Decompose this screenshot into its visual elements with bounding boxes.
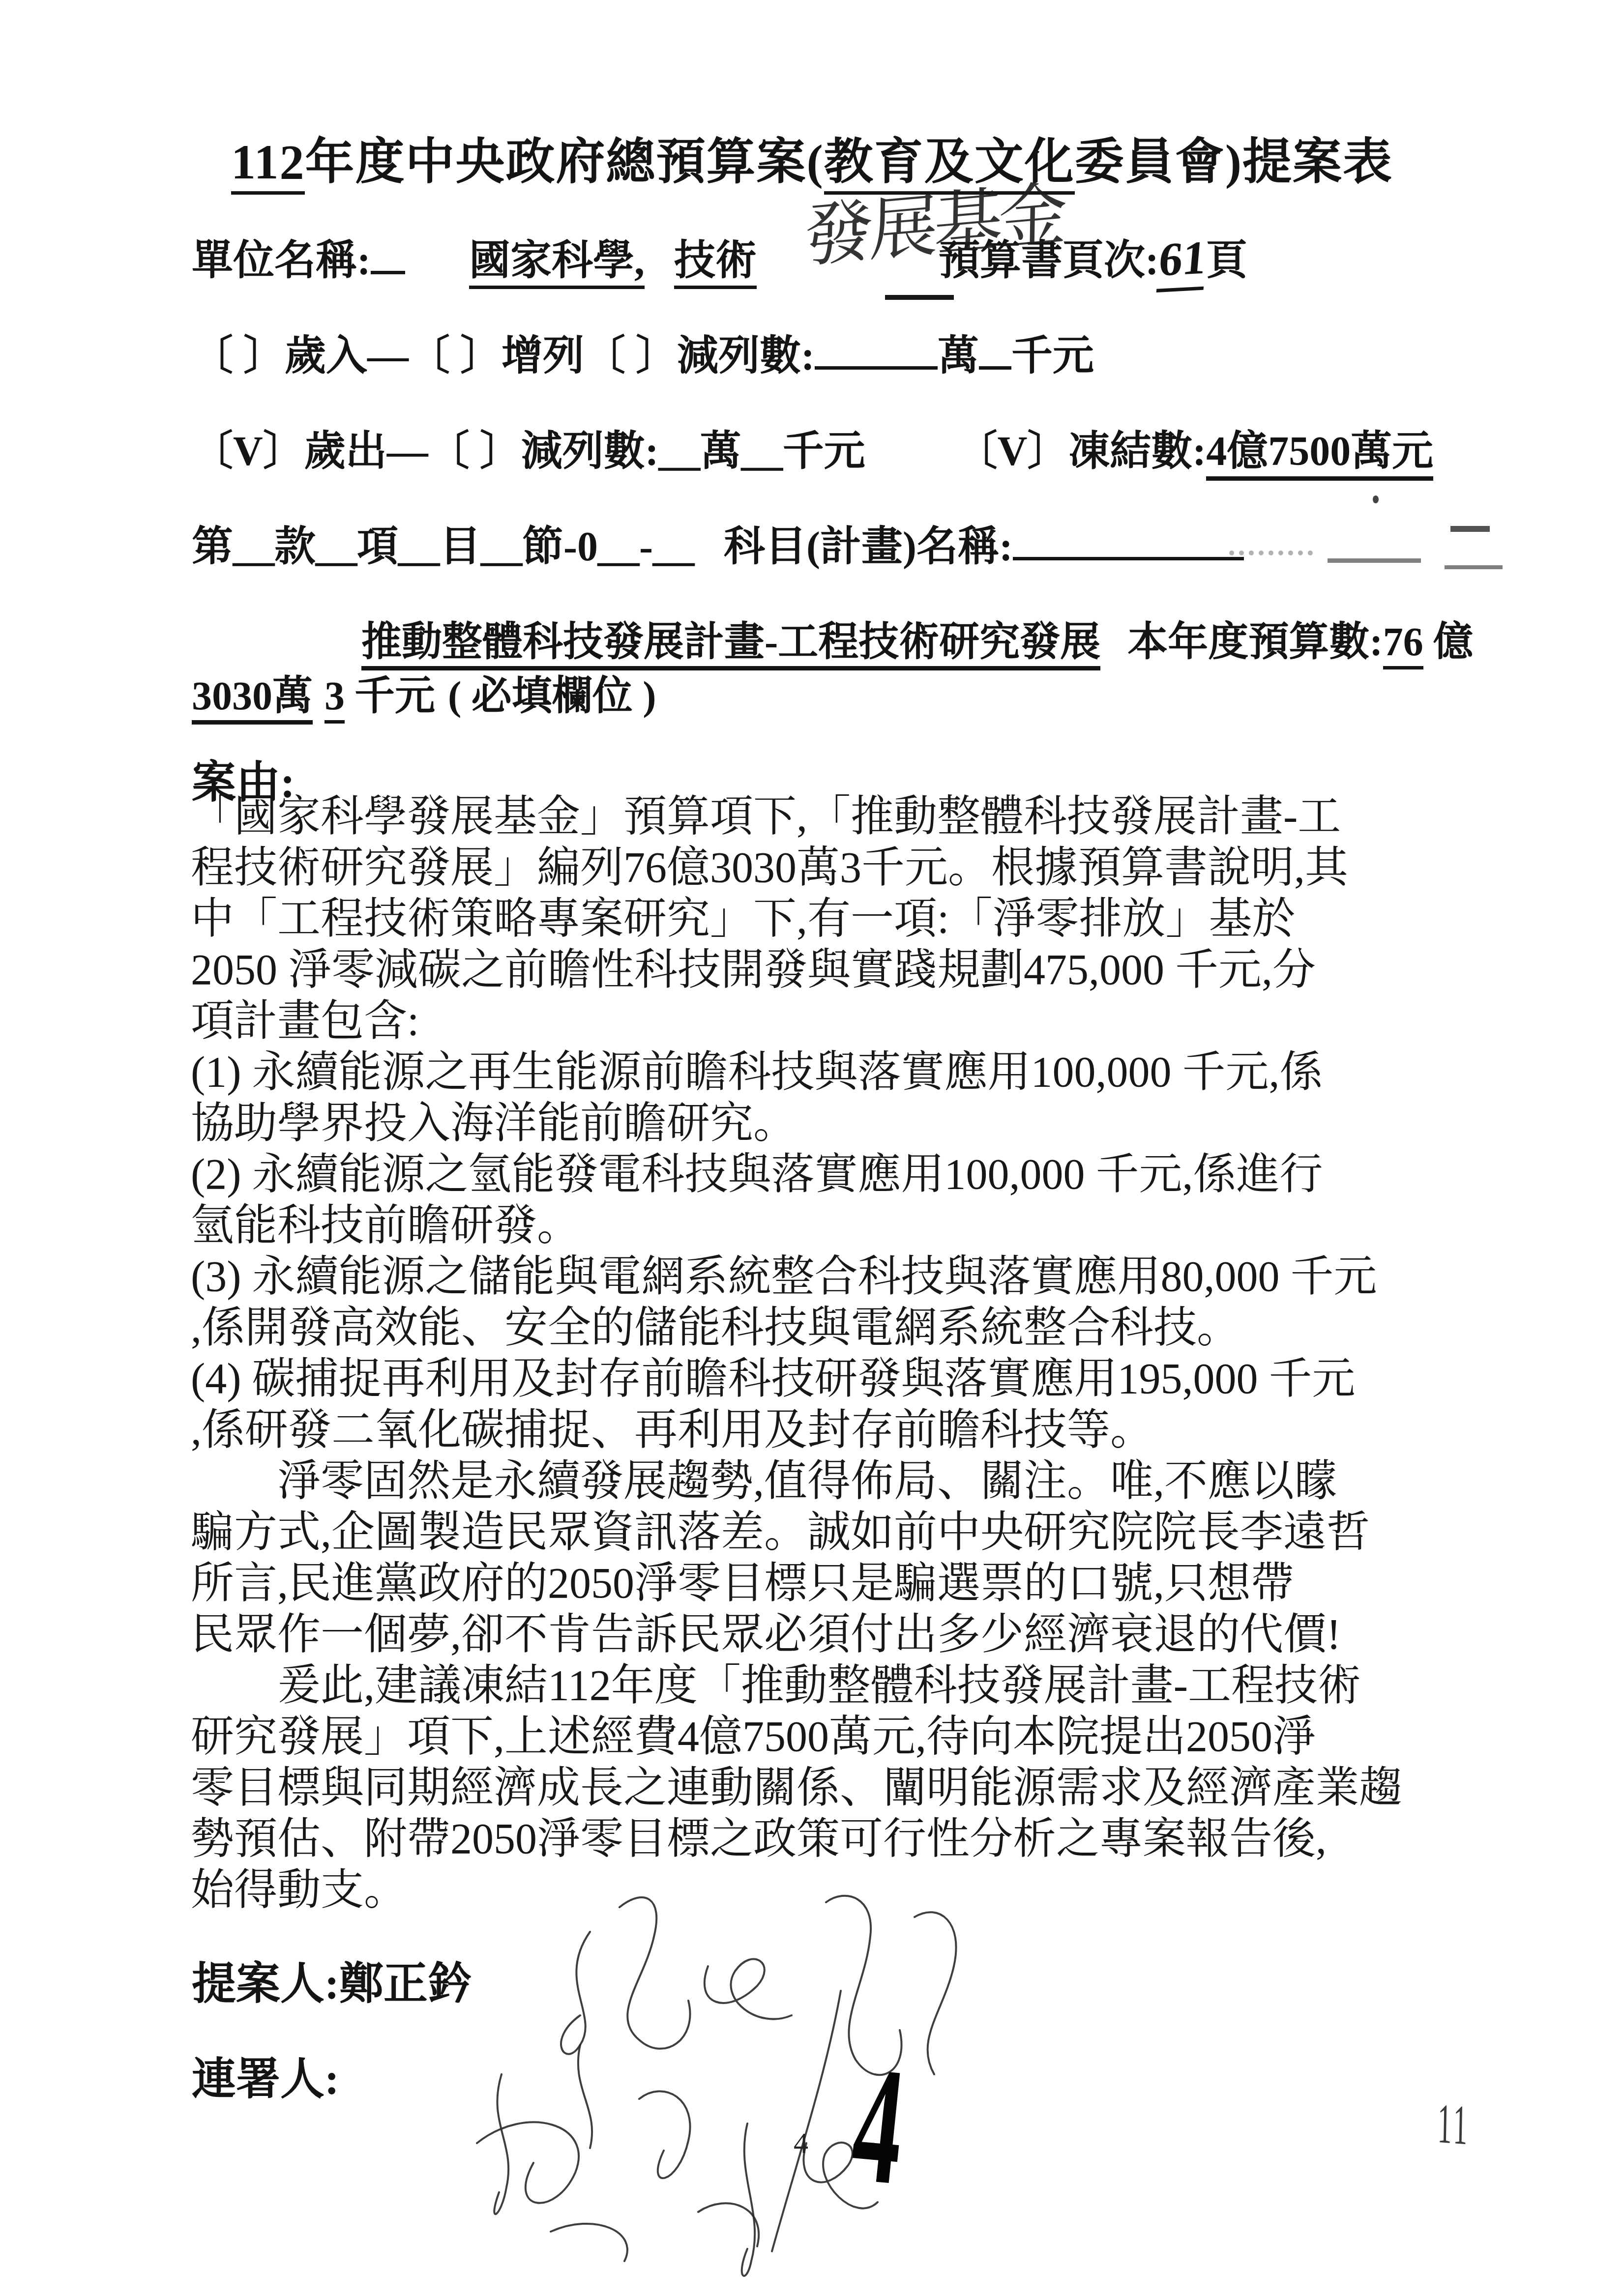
case-body-line: 民眾作一個夢,卻不肯告訴民眾必須付出多少經濟衰退的代價! <box>191 1609 1469 1660</box>
unit-name-label: 單位名稱: <box>192 238 371 284</box>
clause-line: 第＿款＿項＿目＿節-0＿-＿科目(計畫)名稱: <box>192 513 1244 573</box>
signature-stroke <box>915 1912 956 2074</box>
handwriting-underline <box>885 295 954 300</box>
page-number: 4 <box>794 2126 808 2160</box>
budget-unit-yi: 億 <box>1433 619 1474 664</box>
title-segment1: 年度中央政府總預算案( <box>305 135 824 189</box>
scan-artifact-line <box>1328 558 1421 563</box>
revenue-amount-blank <box>815 325 938 370</box>
plan-amount-line: 3030萬3千元( 必填欄位 ) <box>192 664 656 721</box>
case-body: 「國家科學發展基金」預算項下,「推動整體科技發展計畫-工程技術研究發展」編列76… <box>191 791 1469 1916</box>
unit-name-printed-1: 國家科學, <box>469 238 645 289</box>
signature-stroke <box>494 2074 508 2214</box>
scan-artifact-dots <box>1229 551 1313 555</box>
case-body-line: ,係開發高效能、安全的儲能科技與電網系統整合科技。 <box>191 1303 1469 1354</box>
budget-amount-qian: 3 <box>325 673 345 724</box>
expenditure-blanks: ＿萬＿千元 <box>659 429 865 474</box>
case-body-line: 騙方式,企圖製造民眾資訊落差。誠如前中央研究院院長李遠哲 <box>191 1507 1469 1558</box>
revenue-prefix: 〔 〕歲入—〔 〕增列〔 〕減列數: <box>192 333 815 379</box>
proposal-form-page: 112年度中央政府總預算案(教育及文化委員會)提案表 單位名稱:國家科學,技術預… <box>0 0 1624 2296</box>
revenue-unit-qian: 千元 <box>1011 333 1094 379</box>
case-body-line: 氫能科技前瞻研發。 <box>191 1200 1469 1251</box>
signature-stroke <box>477 2122 579 2203</box>
scan-artifact-underline <box>1445 565 1503 569</box>
budget-page-unit: 頁 <box>1206 238 1247 284</box>
freeze-value: 4億7500萬元 <box>1206 429 1433 481</box>
proposer-line: 提案人:鄭正鈐 <box>192 1947 472 2011</box>
unit-name-line: 單位名稱:國家科學,技術預算書頁次:61頁 <box>192 227 1247 291</box>
case-body-line: (3) 永續能源之儲能與電網系統整合科技與落實應用80,000 千元 <box>191 1251 1469 1303</box>
signature-stroke <box>561 1932 590 2054</box>
title-year: 112 <box>231 135 305 195</box>
revenue-qian-blank <box>979 325 1011 370</box>
case-body-line: 中「工程技術策略專案研究」下,有一項:「淨零排放」基於 <box>191 894 1469 945</box>
signature-stroke <box>742 2123 755 2276</box>
budget-unit-qian: 千元 <box>354 673 435 718</box>
case-body-line: 研究發展」項下,上述經費4億7500萬元,待向本院提出2050淨 <box>191 1712 1469 1763</box>
expenditure-line: 〔V〕歲出—〔 〕減列數:＿萬＿千元〔V〕凍結數:4億7500萬元 <box>192 418 1433 477</box>
plan-name: 推動整體科技發展計畫-工程技術研究發展 <box>361 619 1100 670</box>
case-body-line: 協助學界投入海洋能前瞻研究。 <box>191 1098 1469 1149</box>
unit-name-printed-2: 技術 <box>674 238 757 289</box>
signature-stroke <box>698 2203 759 2246</box>
plan-name-line: 推動整體科技發展計畫-工程技術研究發展本年度預算數:76億 <box>361 610 1474 667</box>
handwritten-signatures <box>433 1868 1082 2296</box>
signature-stroke <box>639 2091 690 2178</box>
clause-text: 第＿款＿項＿目＿節-0＿-＿ <box>192 524 694 570</box>
title-segment2: 委員會)提案表 <box>1075 135 1393 189</box>
budget-page-value: 61 <box>1156 230 1209 292</box>
case-body-line: 爰此,建議凍結112年度「推動整體科技發展計畫-工程技術 <box>191 1660 1469 1712</box>
subject-name-blank <box>1013 516 1244 560</box>
budget-amount-label: 本年度預算數: <box>1127 619 1383 664</box>
signature-stroke <box>620 1897 690 2049</box>
handwritten-corner-mark: 11 <box>1437 2095 1470 2153</box>
revenue-line: 〔 〕歲入—〔 〕增列〔 〕減列數:萬千元 <box>192 322 1094 382</box>
case-body-line: (2) 永續能源之氫能發電科技與落實應用100,000 千元,係進行 <box>191 1149 1469 1200</box>
signature-stroke <box>578 2045 592 2148</box>
case-body-line: (1) 永續能源之再生能源前瞻科技與落實應用100,000 千元,係 <box>191 1047 1469 1098</box>
signature-stroke <box>772 1991 841 2251</box>
signature-stroke <box>705 1959 792 2019</box>
budget-amount-yi: 76 <box>1383 619 1423 669</box>
case-body-line: 2050 淨零減碳之前瞻性科技開發與實踐規劃475,000 千元,分 <box>191 945 1469 996</box>
budget-amount-wan: 3030萬 <box>192 673 313 725</box>
case-body-line: 「國家科學發展基金」預算項下,「推動整體科技發展計畫-工 <box>191 791 1469 843</box>
case-body-line: 勢預估、附帶2050淨零目標之政策可行性分析之專案報告後, <box>191 1814 1469 1865</box>
case-body-line: ,係研發二氧化碳捕捉、再利用及封存前瞻科技等。 <box>191 1405 1469 1456</box>
case-body-line: 所言,民進黨政府的2050淨零目標只是騙選票的口號,只想帶 <box>191 1558 1469 1609</box>
subject-name-label: 科目(計畫)名稱: <box>724 524 1013 570</box>
signature-stroke <box>551 2224 627 2261</box>
expenditure-prefix: 〔V〕歲出—〔 〕減列數: <box>192 429 659 474</box>
case-body-line: 程技術研究發展」編列76億3030萬3千元。根據預算書說明,其 <box>191 843 1469 894</box>
case-body-line: 淨零固然是永續發展趨勢,值得佈局、關注。唯,不應以矇 <box>191 1456 1469 1507</box>
case-body-line: 零目標與同期經濟成長之連動關係、闡明能源需求及經濟產業趨 <box>191 1763 1469 1814</box>
unit-name-blank <box>371 230 405 274</box>
scan-speck <box>1373 495 1379 503</box>
scan-artifact-stroke <box>1450 526 1490 532</box>
revenue-unit-wan: 萬 <box>938 333 979 379</box>
freeze-label: 〔V〕凍結數: <box>956 429 1207 474</box>
cosigner-label: 連署人: <box>192 2055 339 2104</box>
proposer-label: 提案人: <box>192 1960 339 2008</box>
case-body-line: (4) 碳捕捉再利用及封存前瞻科技研發與落實應用195,000 千元 <box>191 1354 1469 1405</box>
cosigner-line: 連署人: <box>192 2043 339 2107</box>
case-body-line: 項計畫包含: <box>191 996 1469 1047</box>
required-field-note: ( 必填欄位 ) <box>448 673 656 718</box>
